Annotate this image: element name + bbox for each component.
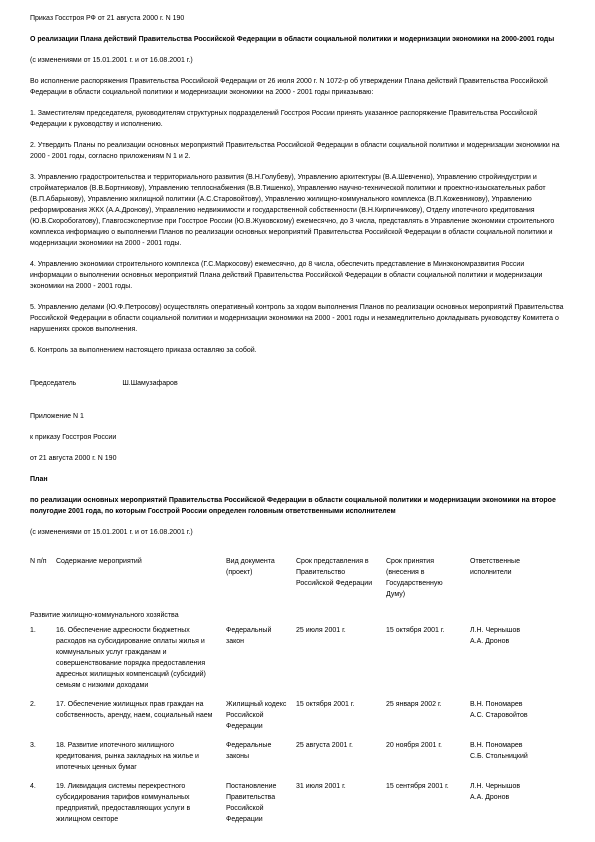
table-row: 1. 16. Обеспечение адресности бюджетных … bbox=[30, 625, 565, 699]
row-adopt-date: 15 октября 2001 г. bbox=[386, 625, 470, 699]
annex-order-ref: к приказу Госстроя России bbox=[30, 432, 565, 443]
row-content: 19. Ликвидация системы перекрестного суб… bbox=[56, 781, 226, 833]
row-num: 2. bbox=[30, 699, 56, 740]
table-section-row: Развитие жилищно-коммунального хозяйства bbox=[30, 610, 565, 625]
order-paragraph-3: 3. Управлению градостроительства и терри… bbox=[30, 172, 565, 249]
row-num: 1. bbox=[30, 625, 56, 699]
order-title: Приказ Госстроя РФ от 21 августа 2000 г.… bbox=[30, 13, 565, 24]
executor-name: Л.Н. Чернышов bbox=[470, 781, 557, 792]
row-content: 17. Обеспечение жилищных прав граждан на… bbox=[56, 699, 226, 740]
plan-subject: по реализации основных мероприятий Прави… bbox=[30, 495, 565, 517]
row-adopt-date: 15 сентября 2001 г. bbox=[386, 781, 470, 833]
row-content: 16. Обеспечение адресности бюджетных рас… bbox=[56, 625, 226, 699]
signature-position: Председатель bbox=[30, 378, 76, 389]
document-page: Приказ Госстроя РФ от 21 августа 2000 г.… bbox=[0, 0, 595, 842]
table-row: 4. 19. Ликвидация системы перекрестного … bbox=[30, 781, 565, 833]
signature-name: Ш.Шамузафаров bbox=[122, 378, 177, 389]
executor-name: Л.Н. Чернышов bbox=[470, 625, 557, 636]
annex-label: Приложение N 1 bbox=[30, 411, 565, 422]
row-executors: Л.Н. Чернышов А.А. Дронов bbox=[470, 625, 565, 699]
row-doc-type: Постановление Правительства Российской Ф… bbox=[226, 781, 296, 833]
measures-table: N п/п Содержание мероприятий Вид докумен… bbox=[30, 556, 565, 833]
order-paragraph-5: 5. Управлению делами (Ю.Ф.Петросову) осу… bbox=[30, 302, 565, 335]
order-paragraph-1: 1. Заместителям председателя, руководите… bbox=[30, 108, 565, 130]
annex-order-date: от 21 августа 2000 г. N 190 bbox=[30, 453, 565, 464]
row-doc-type: Жилищный кодекс Российской Федерации bbox=[226, 699, 296, 740]
row-submit-date: 31 июля 2001 г. bbox=[296, 781, 386, 833]
order-intro-paragraph: Во исполнение распоряжения Правительства… bbox=[30, 76, 565, 98]
executor-name: А.А. Дронов bbox=[470, 636, 557, 647]
table-row: 3. 18. Развитие ипотечного жилищного кре… bbox=[30, 740, 565, 781]
order-paragraph-2: 2. Утвердить Планы по реализации основны… bbox=[30, 140, 565, 162]
table-header-row: N п/п Содержание мероприятий Вид докумен… bbox=[30, 556, 565, 610]
order-amendments: (с изменениями от 15.01.2001 г. и от 16.… bbox=[30, 55, 565, 66]
signature-block: Председатель Ш.Шамузафаров bbox=[30, 378, 565, 389]
col-header-executors: Ответственные исполнители bbox=[470, 556, 565, 610]
row-doc-type: Федеральные законы bbox=[226, 740, 296, 781]
row-num: 3. bbox=[30, 740, 56, 781]
col-header-doc-type: Вид документа (проект) bbox=[226, 556, 296, 610]
table-section-heading: Развитие жилищно-коммунального хозяйства bbox=[30, 610, 565, 625]
executor-name: А.С. Старовойтов bbox=[470, 710, 557, 721]
row-executors: В.Н. Пономарев С.Б. Стольницкий bbox=[470, 740, 565, 781]
plan-amendments: (с изменениями от 15.01.2001 г. и от 16.… bbox=[30, 527, 565, 538]
row-submit-date: 15 октября 2001 г. bbox=[296, 699, 386, 740]
row-executors: В.Н. Пономарев А.С. Старовойтов bbox=[470, 699, 565, 740]
row-executors: Л.Н. Чернышов А.А. Дронов bbox=[470, 781, 565, 833]
row-submit-date: 25 июля 2001 г. bbox=[296, 625, 386, 699]
order-paragraph-6: 6. Контроль за выполнением настоящего пр… bbox=[30, 345, 565, 356]
row-submit-date: 25 августа 2001 г. bbox=[296, 740, 386, 781]
order-subject: О реализации Плана действий Правительств… bbox=[30, 34, 565, 45]
table-row: 2. 17. Обеспечение жилищных прав граждан… bbox=[30, 699, 565, 740]
plan-title: План bbox=[30, 474, 565, 485]
executor-name: А.А. Дронов bbox=[470, 792, 557, 803]
col-header-content: Содержание мероприятий bbox=[56, 556, 226, 610]
col-header-submit-date: Срок представления в Правительство Росси… bbox=[296, 556, 386, 610]
row-adopt-date: 25 января 2002 г. bbox=[386, 699, 470, 740]
row-doc-type: Федеральный закон bbox=[226, 625, 296, 699]
order-paragraph-4: 4. Управлению экономики строительного ко… bbox=[30, 259, 565, 292]
executor-name: В.Н. Пономарев bbox=[470, 699, 557, 710]
col-header-num: N п/п bbox=[30, 556, 56, 610]
row-content: 18. Развитие ипотечного жилищного кредит… bbox=[56, 740, 226, 781]
row-num: 4. bbox=[30, 781, 56, 833]
col-header-adopt-date: Срок принятия (внесения в Государственну… bbox=[386, 556, 470, 610]
executor-name: В.Н. Пономарев bbox=[470, 740, 557, 751]
row-adopt-date: 20 ноября 2001 г. bbox=[386, 740, 470, 781]
executor-name: С.Б. Стольницкий bbox=[470, 751, 557, 762]
